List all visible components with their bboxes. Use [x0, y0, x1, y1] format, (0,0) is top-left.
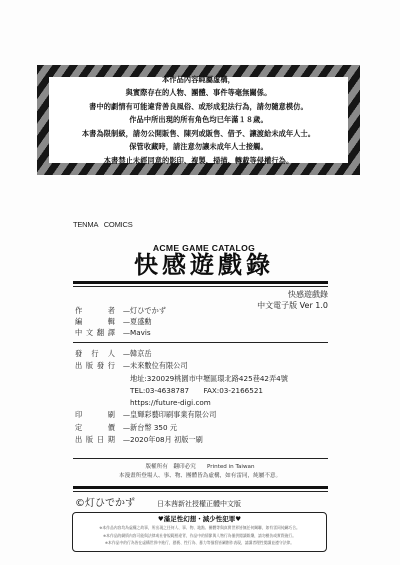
title-divider-thin: [73, 286, 328, 287]
dash: —: [123, 409, 130, 421]
license-note: 日本茜新社授權正體中文版: [157, 499, 241, 509]
phone-fax: TEL:03-4638787 FAX:03-2166521: [130, 385, 263, 397]
dash: —: [123, 360, 130, 372]
notice-line: ※本作品的劇情內容可能與法律或社會規範相違背，作品中的情節與人物行為僅供閱讀娛樂…: [77, 532, 322, 540]
credit-row-author: 作 者— 灯ひでかず: [75, 305, 166, 316]
credit-row-address: 地址:320029桃園市中壢區環北路425巷42弄4號: [75, 373, 288, 385]
credit-value: 新台幣 350 元: [130, 422, 177, 434]
edition-title: 快感遊戲錄: [257, 289, 328, 300]
copyright-row: ©灯ひでかず 日本茜新社授權正體中文版: [75, 494, 241, 509]
credit-label: 出版日期: [75, 434, 115, 446]
warning-line: 保管收藏時，請注意勿讓未成年人士接觸。: [129, 140, 267, 154]
credit-row-translator: 中文翻譯— Mavis: [75, 327, 166, 338]
credit-value: 韓京岳: [130, 348, 152, 360]
warning-line: 與實際存在的人物、團體、事件等毫無關係。: [126, 86, 272, 100]
dash: —: [123, 305, 130, 316]
copyright-notes: 版權所有 翻印必究 Printed in Taiwan 本漫畫所登場人、事、物、…: [0, 463, 400, 481]
credit-label: 編 輯: [75, 316, 115, 327]
credit-label: 定 價: [75, 422, 115, 434]
credit-row-publisher: 出版發行— 未來數位有限公司: [75, 360, 288, 372]
credit-label: 中文翻譯: [75, 327, 115, 338]
warning-line: 作品中所出現的所有角色均已年滿１８歲。: [129, 113, 267, 127]
credits-top: 作 者— 灯ひでかず 編 輯— 夏盛勳 中文翻譯— Mavis: [75, 305, 166, 338]
notice-box: ♥滿足性幻想・減少性犯罪♥ ※本作品內容均為虛構之故事，所出現之任何人、事、物、…: [72, 512, 327, 552]
warning-frame: 本作品內容純屬虛構， 與實際存在的人物、團體、事件等毫無關係。 書中的劇情有可能…: [37, 65, 360, 175]
credit-value: 灯ひでかず: [130, 305, 166, 316]
main-title: 快感遊戲錄: [0, 251, 400, 279]
credit-row-website: https://future-digi.com: [75, 397, 288, 409]
publisher-label: TENMA COMICS: [73, 220, 133, 229]
credit-row-date: 出版日期— 2020年08月 初版一刷: [75, 434, 288, 446]
title-divider-thick: [73, 281, 328, 284]
notice-line: ※本作品內容均為虛構之故事，所出現之任何人、事、物、地點、團體等與真實世界皆無任…: [77, 524, 322, 532]
credits-bottom: 發 行 人— 韓京岳 出版發行— 未來數位有限公司 地址:320029桃園市中壢…: [75, 348, 288, 446]
warning-line: 書中的劇情有可能違背善良風俗、或形成犯法行為，請勿隨意模仿。: [89, 100, 308, 114]
credit-value: 夏盛勳: [130, 316, 152, 327]
credit-label: 印 刷: [75, 409, 115, 421]
credit-row-issuer: 發 行 人— 韓京岳: [75, 348, 288, 360]
dash: —: [123, 327, 130, 338]
dash: —: [123, 422, 130, 434]
dash: —: [123, 316, 130, 327]
colophon-page: 本作品內容純屬虛構， 與實際存在的人物、團體、事件等毫無關係。 書中的劇情有可能…: [0, 0, 400, 565]
credit-row-phone: TEL:03-4638787 FAX:03-2166521: [75, 385, 288, 397]
warning-content: 本作品內容純屬虛構， 與實際存在的人物、團體、事件等毫無關係。 書中的劇情有可能…: [49, 77, 348, 163]
dash: —: [123, 348, 130, 360]
credits-divider: [73, 342, 328, 343]
bottom-divider-thick: [73, 486, 328, 489]
warning-line: 本書為限制級，請勿公開販售、陳列或販售、借予、讓渡給未成年人士。: [82, 127, 315, 141]
notice-title: ♥滿足性幻想・減少性犯罪♥: [77, 515, 322, 524]
credit-value: 2020年08月 初版一刷: [130, 434, 203, 446]
address: 地址:320029桃園市中壢區環北路425巷42弄4號: [130, 373, 288, 385]
copyright-holder: ©灯ひでかず: [75, 494, 157, 509]
website-link[interactable]: https://future-digi.com: [130, 397, 211, 409]
edition-block: 快感遊戲錄 中文電子版 Ver 1.0: [257, 289, 328, 311]
credit-value: 皇輝彩藝印刷事業有限公司: [130, 409, 216, 421]
credit-value: 未來數位有限公司: [130, 360, 188, 372]
warning-line: 本書禁止未經同意的影印、複製、掃描、轉載等侵權行為。: [104, 154, 293, 168]
warning-line: 本作品內容純屬虛構，: [162, 73, 235, 87]
dash: —: [123, 434, 130, 446]
credit-label: 發 行 人: [75, 348, 115, 360]
edition-version: 中文電子版 Ver 1.0: [257, 300, 328, 311]
notes-divider: [73, 458, 328, 459]
credit-row-price: 定 價— 新台幣 350 元: [75, 422, 288, 434]
fiction-note: 本漫畫所登場人、事、物、團體皆為虛構，如有雷同，純屬不意。: [0, 472, 400, 481]
bottom-divider-thin: [73, 491, 328, 492]
rights-note: 版權所有 翻印必究 Printed in Taiwan: [0, 463, 400, 472]
credit-row-editor: 編 輯— 夏盛勳: [75, 316, 166, 327]
credit-row-printer: 印 刷— 皇輝彩藝印刷事業有限公司: [75, 409, 288, 421]
credit-label: 作 者: [75, 305, 115, 316]
credit-value: Mavis: [130, 327, 151, 338]
credit-label: 出版發行: [75, 360, 115, 372]
notice-line: ※本作品中的行為皆在虛構世界中進行，猥褻、性行為、暴力等描寫皆屬創作表現，請讀者…: [77, 539, 322, 547]
